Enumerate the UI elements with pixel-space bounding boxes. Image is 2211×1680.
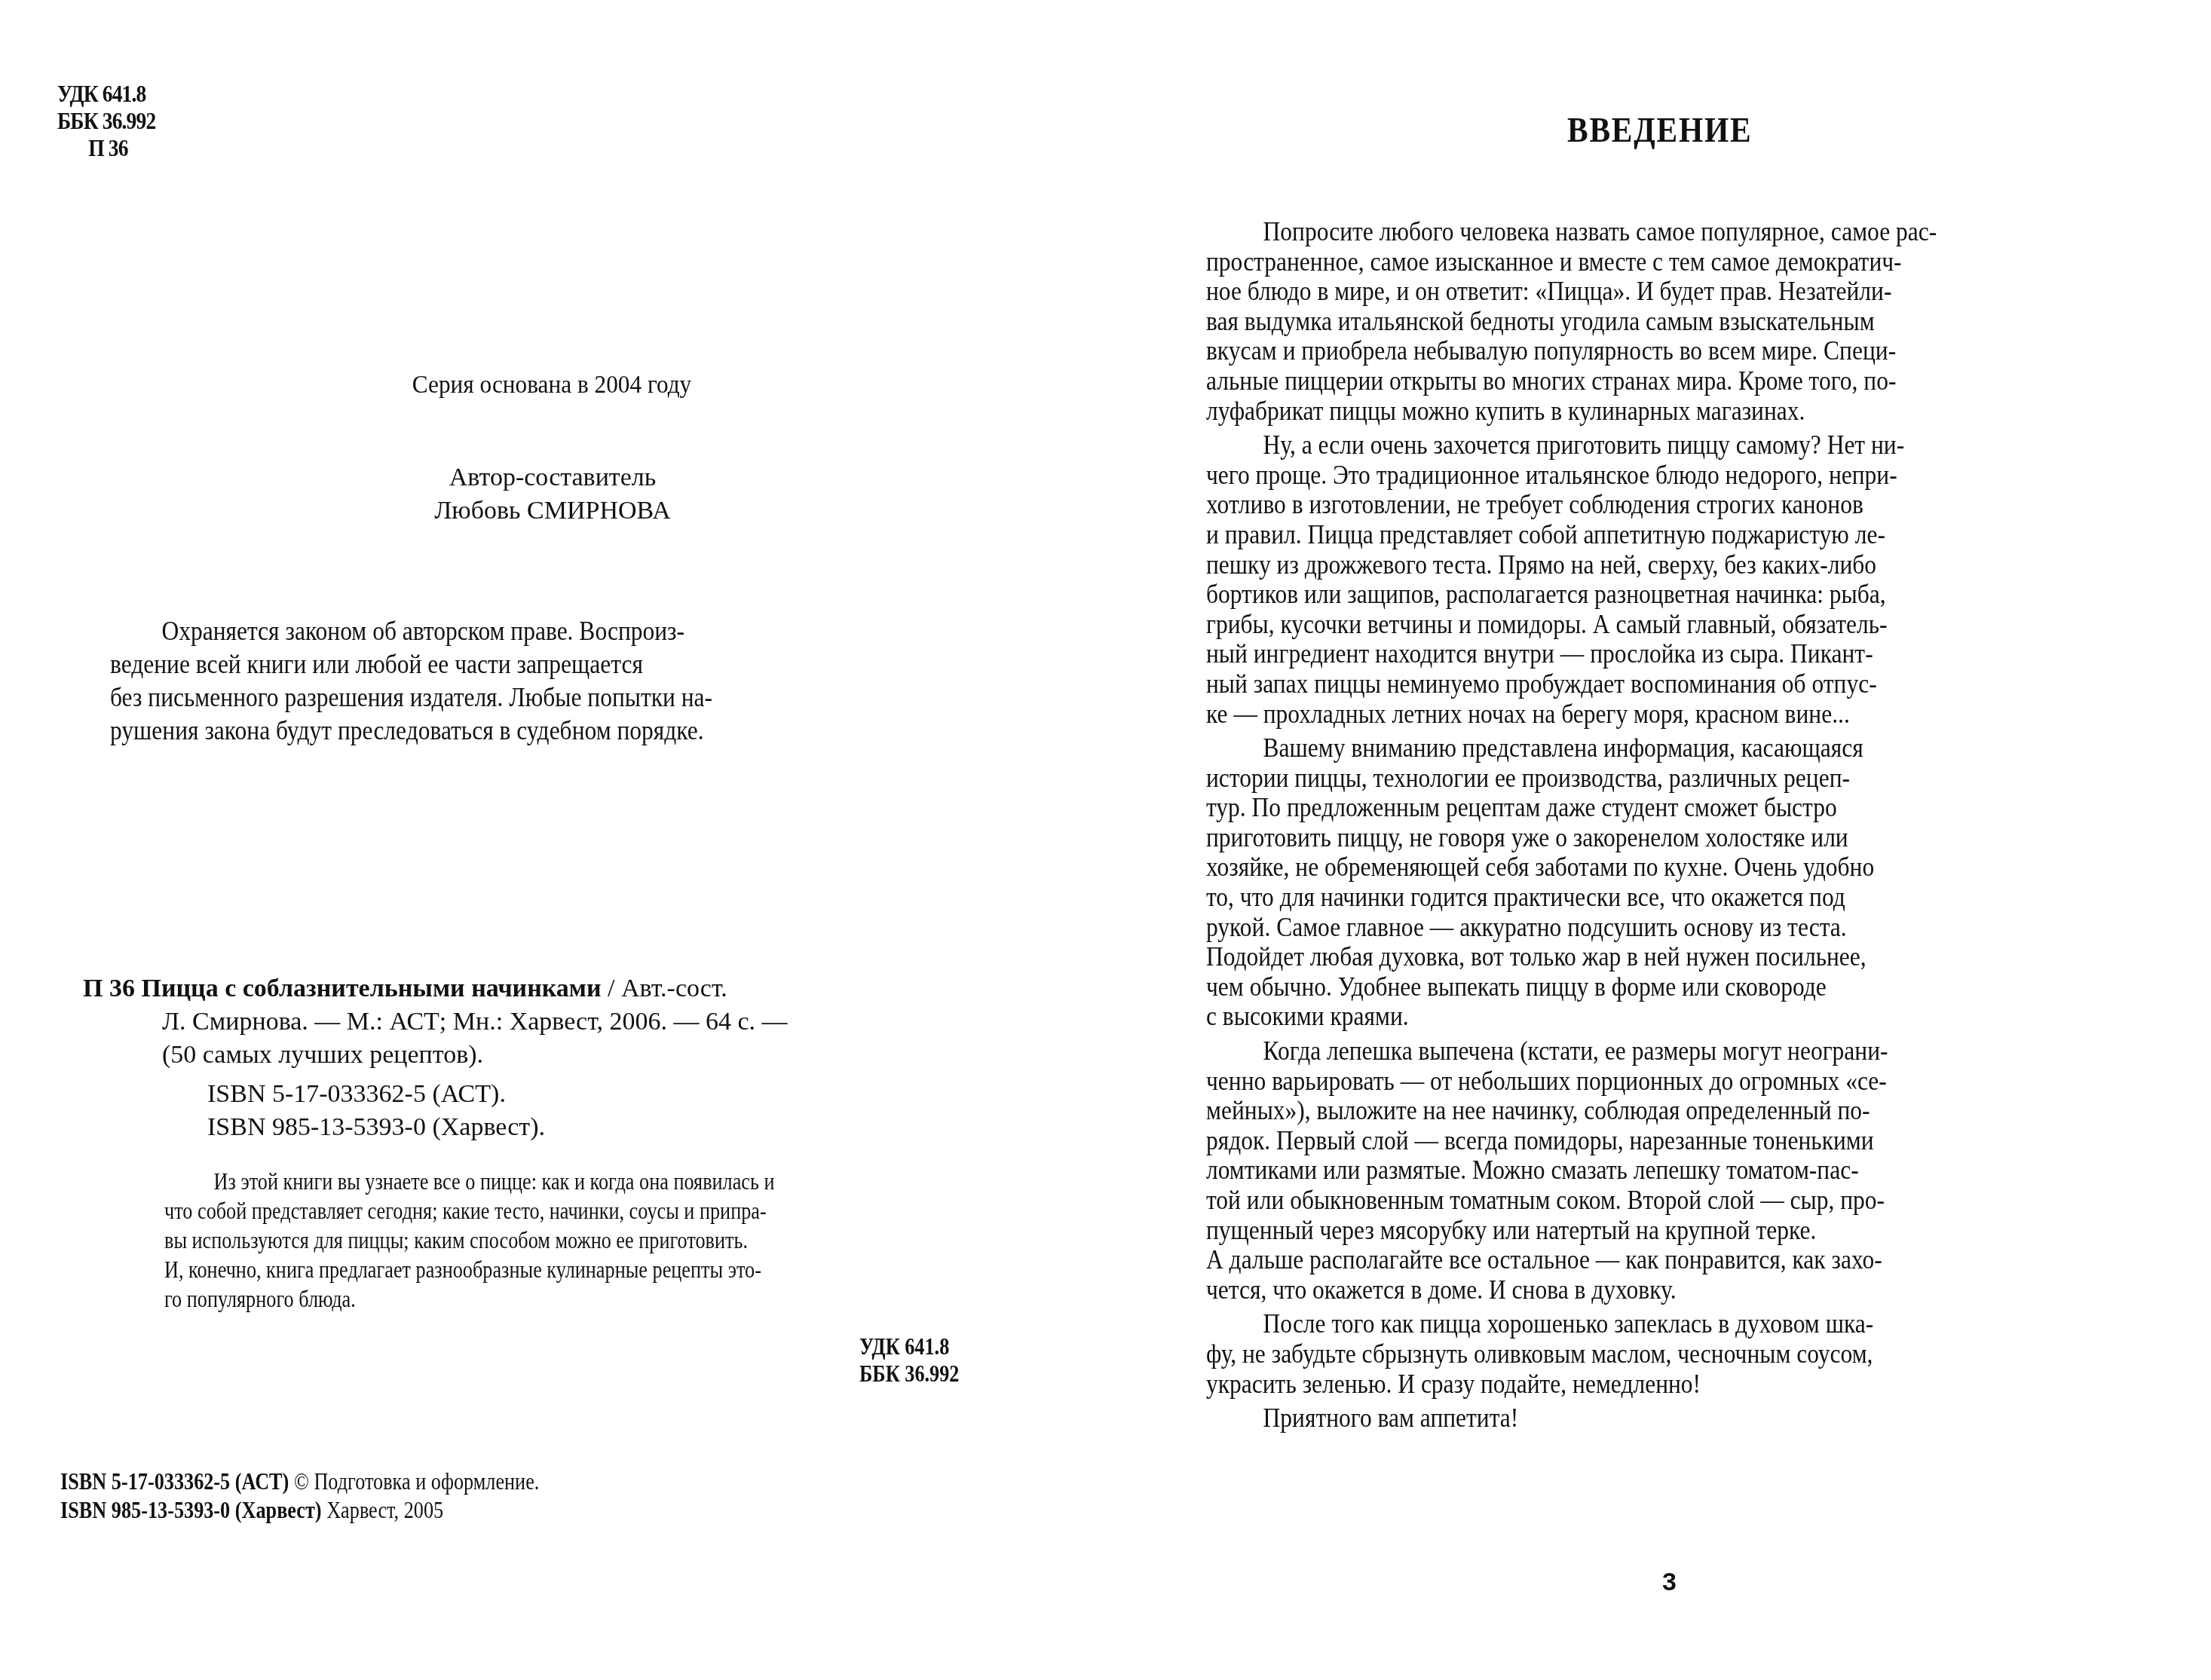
- annotation-line: го популярного блюда.: [164, 1284, 844, 1314]
- bbk-code: ББК 36.992: [859, 1360, 959, 1387]
- text-line: хозяйке, не обременяющей себя заботами п…: [1206, 852, 2020, 883]
- text-line: После того как пицца хорошенько запеклас…: [1206, 1309, 2020, 1339]
- text-line: истории пиццы, технологии ее производств…: [1206, 763, 2020, 794]
- text-line: фу, не забудьте сбрызнуть оливковым масл…: [1206, 1339, 2020, 1369]
- annotation-line: что собой представляет сегодня; какие те…: [164, 1196, 844, 1226]
- book-annotation: Из этой книги вы узнаете все о пицце: ка…: [164, 1167, 844, 1314]
- text-line: приготовить пиццу, не говоря уже о закор…: [1206, 823, 2020, 853]
- title-suffix: / Авт.-сост.: [602, 975, 727, 1002]
- udk-code: УДК 641.8: [859, 1333, 959, 1360]
- text-line: грибы, кусочки ветчины и помидоры. А сам…: [1206, 610, 2020, 640]
- text-line: вая выдумка итальянской бедноты угодила …: [1206, 307, 2020, 337]
- isbn-number: ISBN 5-17-033362-5 (АСТ): [60, 1467, 289, 1495]
- text-line: украсить зеленью. И сразу подайте, немед…: [1206, 1369, 2020, 1400]
- text-line: тур. По предложенным рецептам даже студе…: [1206, 793, 2020, 823]
- isbn-footer-line: ISBN 5-17-033362-5 (АСТ) © Подготовка и …: [60, 1467, 539, 1495]
- isbn-note: Харвест, 2005: [322, 1496, 444, 1523]
- copyright-notice: Охраняется законом об авторском праве. В…: [110, 615, 850, 748]
- text-line: ломтиками или размятые. Можно смазать ле…: [1206, 1155, 2020, 1186]
- biblio-publisher-line: Л. Смирнова. — М.: АСТ; Мн.: Харвест, 20…: [83, 1005, 950, 1039]
- text-line: с высокими краями.: [1206, 1002, 2020, 1032]
- annotation-line: И, конечно, книга предлагает разнообразн…: [164, 1255, 844, 1284]
- text-line: Когда лепешка выпечена (кстати, ее разме…: [1206, 1036, 2020, 1066]
- author-role: Автор-составитель: [0, 461, 1105, 494]
- udk-code: УДК 641.8: [57, 80, 155, 107]
- text-line: луфабрикат пиццы можно купить в кулинарн…: [1206, 396, 2020, 427]
- copyright-line: Охраняется законом об авторском праве. В…: [110, 615, 850, 648]
- introduction-body: Попросите любого человека назвать самое …: [1206, 217, 2111, 1434]
- text-line: Попросите любого человека назвать самое …: [1206, 217, 2020, 247]
- text-line: чего проще. Это традиционное итальянское…: [1206, 461, 2020, 491]
- text-line: ное блюдо в мире, и он ответит: «Пицца».…: [1206, 277, 2020, 307]
- text-line: рядок. Первый слой — всегда помидоры, на…: [1206, 1126, 2020, 1156]
- biblio-series-line: (50 самых лучших рецептов).: [83, 1039, 950, 1072]
- text-line: чем обычно. Удобнее выпекать пиццу в фор…: [1206, 972, 2020, 1002]
- text-line: хотливо в изготовлении, не требует соблю…: [1206, 490, 2020, 520]
- classification-codes-bottom: УДК 641.8 ББК 36.992: [859, 1333, 959, 1387]
- paragraph: Приятного вам аппетита!: [1206, 1403, 2111, 1434]
- text-line: ный ингредиент находится внутри — просло…: [1206, 639, 2020, 669]
- copyright-line: ведение всей книги или любой ее части за…: [110, 648, 850, 681]
- text-line: мейных»), выложите на нее начинку, соблю…: [1206, 1096, 2020, 1126]
- text-line: Вашему вниманию представлена информация,…: [1206, 733, 2020, 763]
- biblio-heading-line: П 36 Пицца с соблазнительными начинками …: [83, 972, 950, 1005]
- page-number: 3: [1662, 1568, 1677, 1597]
- annotation-line: вы используются для пиццы; каким способо…: [164, 1226, 844, 1255]
- isbn-note: © Подготовка и оформление.: [289, 1467, 539, 1495]
- text-line: то, что для начинки годится практически …: [1206, 883, 2020, 913]
- isbn-ast: ISBN 5-17-033362-5 (АСТ).: [83, 1078, 950, 1111]
- text-line: Подойдет любая духовка, вот только жар в…: [1206, 942, 2020, 972]
- text-line: той или обыкновенным томатным соком. Вто…: [1206, 1186, 2020, 1216]
- author-name: Любовь СМИРНОВА: [0, 494, 1105, 528]
- biblio-code: П 36: [83, 975, 135, 1002]
- paragraph: Попросите любого человека назвать самое …: [1206, 217, 2111, 426]
- text-line: вкусам и приобрела небывалую популярност…: [1206, 336, 2020, 366]
- text-line: бортиков или защипов, располагается разн…: [1206, 580, 2020, 610]
- text-line: пространенное, самое изысканное и вместе…: [1206, 247, 2020, 277]
- text-line: рукой. Самое главное — аккуратно подсуши…: [1206, 913, 2020, 943]
- text-line: А дальше располагайте все остальное — ка…: [1206, 1245, 2020, 1275]
- author-block: Автор-составитель Любовь СМИРНОВА: [0, 461, 1105, 528]
- bbk-code: ББК 36.992: [57, 107, 155, 134]
- book-title: Пицца с соблазнительными начинками: [141, 975, 601, 1002]
- classification-codes-top: УДК 641.8 ББК 36.992 П 36: [57, 80, 155, 161]
- isbn-footer: ISBN 5-17-033362-5 (АСТ) © Подготовка и …: [60, 1467, 539, 1524]
- text-line: и правил. Пицца представляет собой аппет…: [1206, 520, 2020, 550]
- text-line: ке — прохладных летних ночах на берегу м…: [1206, 699, 2020, 730]
- author-mark: П 36: [57, 134, 155, 161]
- paragraph: Ну, а если очень захочется приготовить п…: [1206, 430, 2111, 729]
- isbn-harvest: ISBN 985-13-5393-0 (Харвест).: [83, 1111, 950, 1144]
- text-line: альные пиццерии открыты во многих страна…: [1206, 366, 2020, 396]
- series-note: Серия основана в 2004 году: [44, 371, 1061, 399]
- copyright-line: без письменного разрешения издателя. Люб…: [110, 681, 850, 715]
- text-line: ный запах пиццы неминуемо пробуждает вос…: [1206, 669, 2020, 699]
- paragraph: Когда лепешка выпечена (кстати, ее разме…: [1206, 1036, 2111, 1305]
- left-page: [0, 0, 1105, 1680]
- text-line: Ну, а если очень захочется приготовить п…: [1206, 430, 2020, 461]
- isbn-footer-line: ISBN 985-13-5393-0 (Харвест) Харвест, 20…: [60, 1495, 539, 1524]
- copyright-line: рушения закона будут преследоваться в су…: [110, 715, 850, 748]
- annotation-line: Из этой книги вы узнаете все о пицце: ка…: [164, 1167, 844, 1196]
- chapter-title: ВВЕДЕНИЕ: [1162, 110, 2157, 150]
- text-line: Приятного вам аппетита!: [1206, 1403, 2020, 1434]
- text-line: ченно варьировать — от небольших порцион…: [1206, 1066, 2020, 1097]
- text-line: чется, что окажется в доме. И снова в ду…: [1206, 1275, 2020, 1305]
- text-line: пущенный через мясорубку или натертый на…: [1206, 1216, 2020, 1246]
- paragraph: Вашему вниманию представлена информация,…: [1206, 733, 2111, 1032]
- text-line: пешку из дрожжевого теста. Прямо на ней,…: [1206, 550, 2020, 580]
- bibliographic-record: П 36 Пицца с соблазнительными начинками …: [83, 972, 950, 1144]
- paragraph: После того как пицца хорошенько запеклас…: [1206, 1309, 2111, 1399]
- isbn-number: ISBN 985-13-5393-0 (Харвест): [60, 1496, 322, 1523]
